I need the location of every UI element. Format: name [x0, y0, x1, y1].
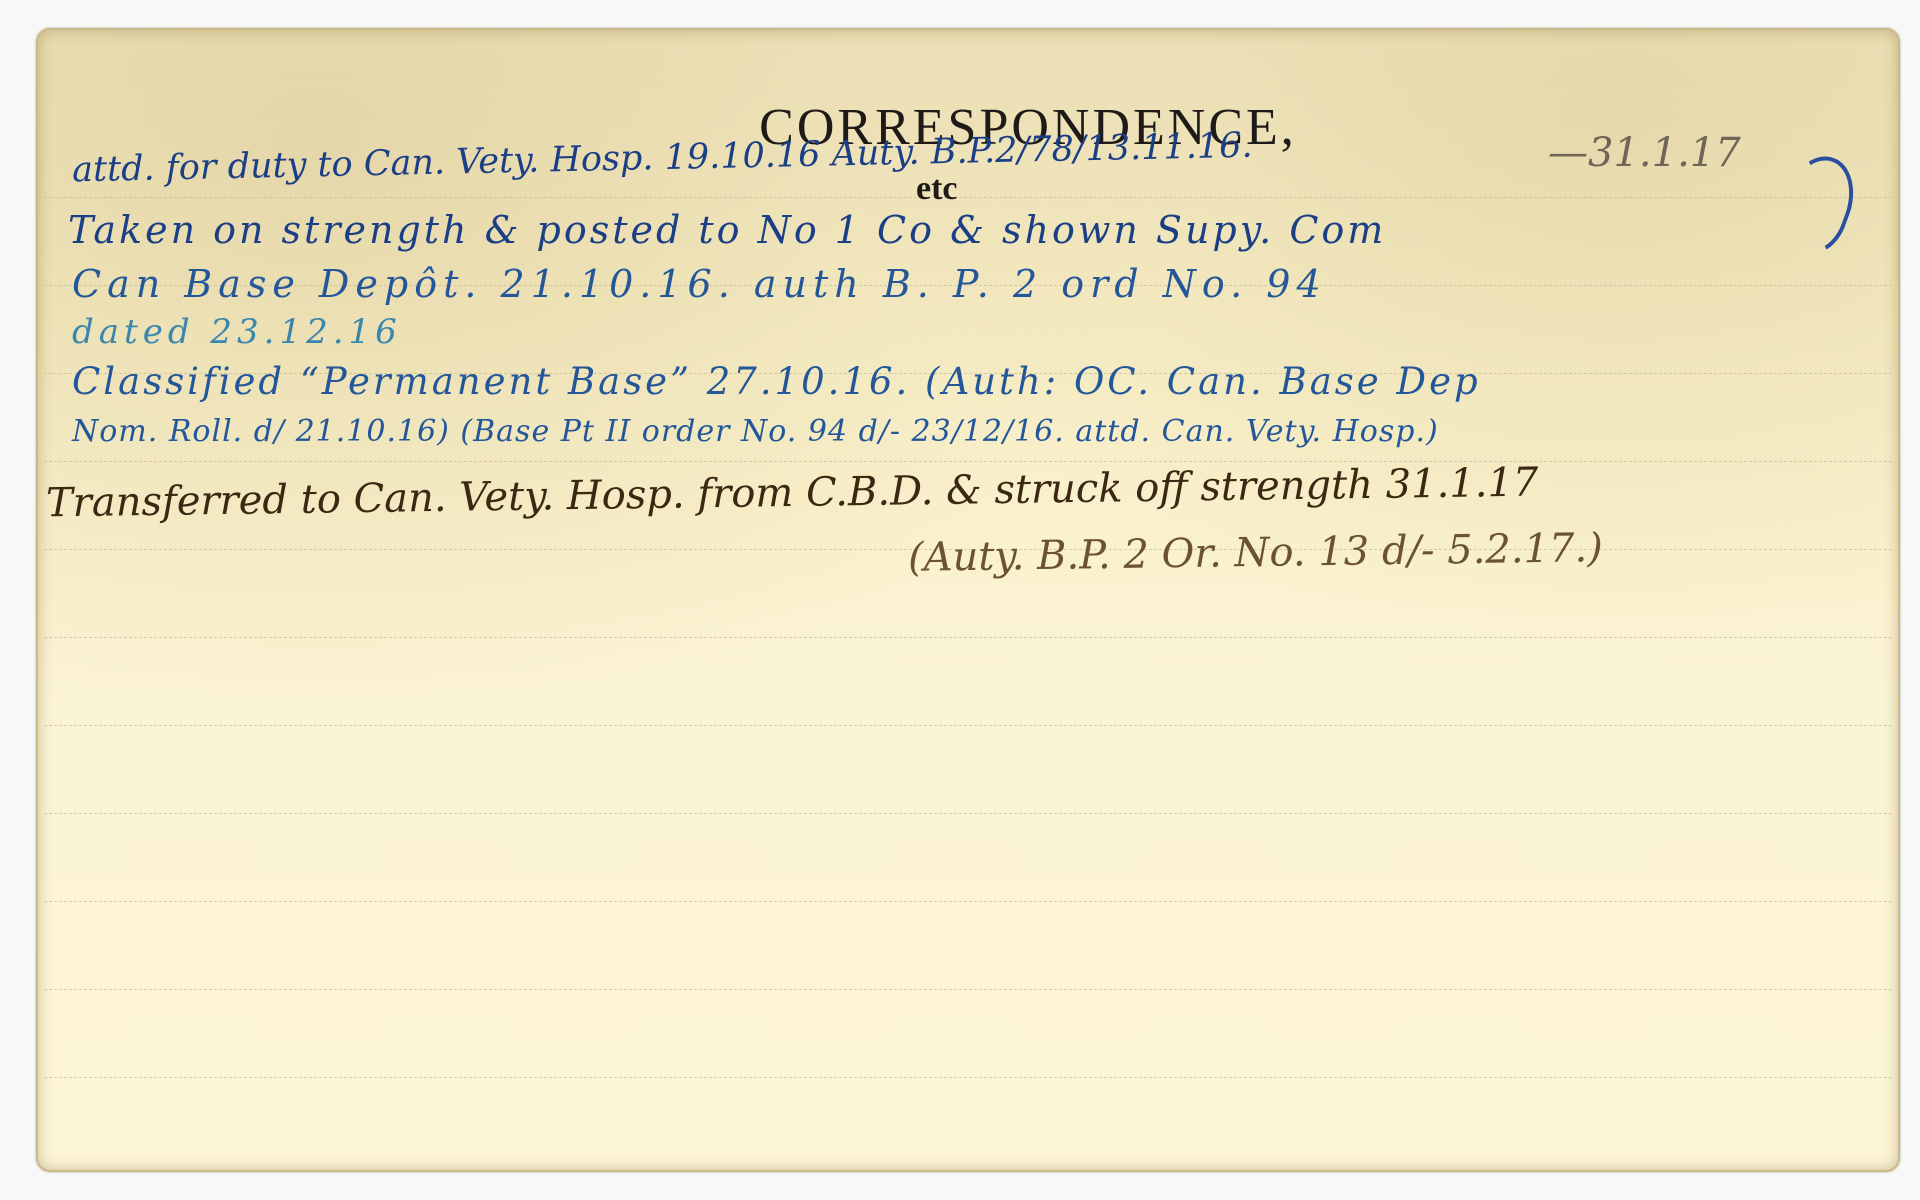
entry-line-8: (Auty. B.P. 2 Or. No. 13 d/- 5.2.17.) [908, 525, 1603, 581]
entry-line-5: Classified “Permanent Base” 27.10.16. (A… [72, 360, 1481, 403]
entry-line-7: Transferred to Can. Vety. Hosp. from C.B… [46, 460, 1539, 527]
ruled-line [44, 901, 1892, 902]
correspondence-card: CORRESPONDENCE, etc attd. for duty to Ca… [36, 28, 1900, 1172]
entry-line-3: Can Base Depôt. 21.10.16. auth B. P. 2 o… [72, 262, 1327, 306]
ruled-line [44, 989, 1892, 990]
ruled-line [44, 813, 1892, 814]
entry-line-2: Taken on strength & posted to No 1 Co & … [68, 208, 1386, 252]
ruled-line [44, 637, 1892, 638]
ink-flourish [1768, 146, 1865, 261]
card-subheading: etc [916, 170, 958, 208]
ruled-line [44, 725, 1892, 726]
entry-line-1-date: —31.1.17 [1548, 130, 1741, 176]
ruled-line [44, 197, 1892, 198]
ruled-line [44, 461, 1892, 462]
entry-line-4: dated 23.12.16 [72, 312, 402, 352]
entry-line-6: Nom. Roll. d/ 21.10.16) (Base Pt II orde… [72, 414, 1439, 449]
ruled-line [44, 1077, 1892, 1078]
